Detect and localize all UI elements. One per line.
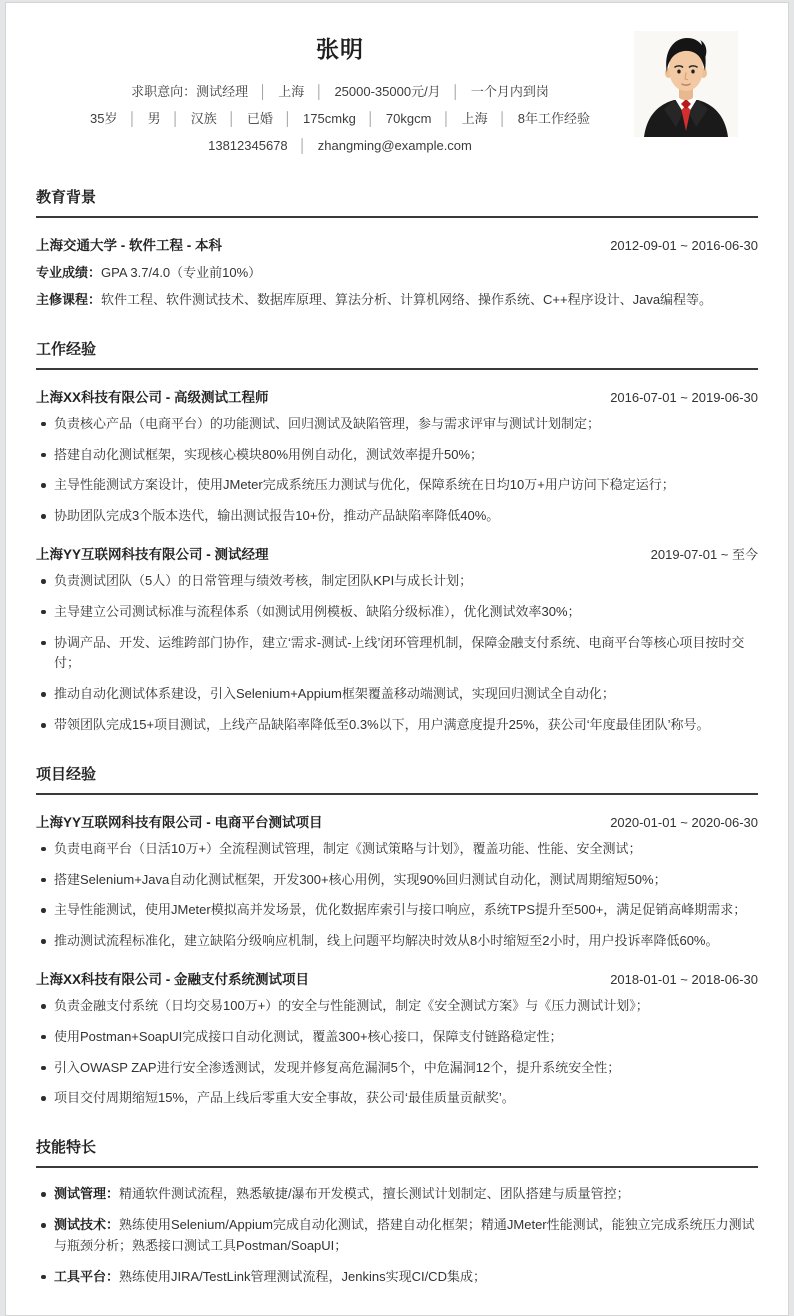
bullet-item: 项目交付周期缩短15%，产品上线后零重大安全事故，获公司‘最佳质量贡献奖’。 bbox=[36, 1088, 758, 1109]
bullet-item: 带领团队完成15+项目测试，上线产品缺陷率降低至0.3%以下，用户满意度提升25… bbox=[36, 715, 758, 736]
skill-text: 熟练使用JIRA/TestLink管理测试流程，Jenkins实现CI/CD集成… bbox=[119, 1269, 486, 1284]
entry-head: 上海XX科技有限公司 - 高级测试工程师 2016-07-01 ~ 2019-0… bbox=[36, 386, 758, 406]
resume-page: 张明 求职意向：测试经理上海25000-35000元/月一个月内到岗 35岁男汉… bbox=[5, 2, 789, 1316]
company-position: 上海XX科技有限公司 - 高级测试工程师 bbox=[36, 386, 269, 406]
gpa-label: 专业成绩： bbox=[36, 265, 101, 280]
work-entry: 上海YY互联网科技有限公司 - 测试经理 2019-07-01 ~ 至今 负责测… bbox=[36, 543, 758, 736]
years-experience: 8年工作经验 bbox=[518, 105, 590, 132]
section-education: 教育背景 上海交通大学 - 软件工程 - 本科 2012-09-01 ~ 201… bbox=[36, 186, 758, 311]
education-date-range: 2012-09-01 ~ 2016-06-30 bbox=[610, 238, 758, 253]
bullet-item: 搭建Selenium+Java自动化测试框架，开发300+核心用例，实现90%回… bbox=[36, 870, 758, 891]
work-entry: 上海XX科技有限公司 - 高级测试工程师 2016-07-01 ~ 2019-0… bbox=[36, 386, 758, 527]
availability: 一个月内到岗 bbox=[471, 78, 549, 105]
work-bullets: 负责测试团队（5人）的日常管理与绩效考核，制定团队KPI与成长计划； 主导建立公… bbox=[36, 571, 758, 736]
ethnicity: 汉族 bbox=[191, 105, 247, 132]
courses-value: 软件工程、软件测试技术、数据库原理、算法分析、计算机网络、操作系统、C++程序设… bbox=[101, 292, 712, 307]
section-work-experience: 工作经验 上海XX科技有限公司 - 高级测试工程师 2016-07-01 ~ 2… bbox=[36, 338, 758, 736]
courses-label: 主修课程： bbox=[36, 292, 101, 307]
entry-head: 上海YY互联网科技有限公司 - 电商平台测试项目 2020-01-01 ~ 20… bbox=[36, 811, 758, 831]
bullet-item: 主导性能测试，使用JMeter模拟高并发场景，优化数据库索引与接口响应，系统TP… bbox=[36, 900, 758, 921]
work-bullets: 负责核心产品（电商平台）的功能测试、回归测试及缺陷管理，参与需求评审与测试计划制… bbox=[36, 414, 758, 527]
bullet-item: 引入OWASP ZAP进行安全渗透测试，发现并修复高危漏洞5个，中危漏洞12个，… bbox=[36, 1058, 758, 1079]
entry-head: 上海交通大学 - 软件工程 - 本科 2012-09-01 ~ 2016-06-… bbox=[36, 234, 758, 254]
resume-header: 张明 求职意向：测试经理上海25000-35000元/月一个月内到岗 35岁男汉… bbox=[36, 31, 758, 159]
profile-photo bbox=[634, 31, 738, 137]
work-date-range: 2016-07-01 ~ 2019-06-30 bbox=[610, 390, 758, 405]
contact-line: 13812345678zhangming@example.com bbox=[36, 132, 644, 159]
bullet-item: 负责测试团队（5人）的日常管理与绩效考核，制定团队KPI与成长计划； bbox=[36, 571, 758, 592]
age: 35岁 bbox=[90, 105, 148, 132]
skill-text: 精通软件测试流程，熟悉敏捷/瀑布开发模式，擅长测试计划制定、团队搭建与质量管控； bbox=[119, 1186, 630, 1201]
entry-head: 上海XX科技有限公司 - 金融支付系统测试项目 2018-01-01 ~ 201… bbox=[36, 968, 758, 988]
bullet-item: 主导性能测试方案设计，使用JMeter完成系统压力测试与优化，保障系统在日均10… bbox=[36, 475, 758, 496]
gpa-line: 专业成绩：GPA 3.7/4.0（专业前10%） bbox=[36, 262, 758, 283]
project-entry: 上海YY互联网科技有限公司 - 电商平台测试项目 2020-01-01 ~ 20… bbox=[36, 811, 758, 952]
male-portrait-avatar-graphic bbox=[634, 31, 738, 137]
skill-item: 测试管理：精通软件测试流程，熟悉敏捷/瀑布开发模式，擅长测试计划制定、团队搭建与… bbox=[36, 1184, 758, 1205]
bullet-item: 推动测试流程标准化，建立缺陷分级响应机制，线上问题平均解决时效从8小时缩短至2小… bbox=[36, 931, 758, 952]
bullet-item: 负责电商平台（日活10万+）全流程测试管理，制定《测试策略与计划》，覆盖功能、性… bbox=[36, 839, 758, 860]
project-name: 上海XX科技有限公司 - 金融支付系统测试项目 bbox=[36, 968, 309, 988]
height: 175cmkg bbox=[303, 105, 386, 132]
skill-label: 测试管理： bbox=[54, 1186, 119, 1201]
candidate-name: 张明 bbox=[36, 31, 644, 64]
bullet-item: 搭建自动化测试框架，实现核心模块80%用例自动化，测试效率提升50%； bbox=[36, 445, 758, 466]
courses-line: 主修课程：软件工程、软件测试技术、数据库原理、算法分析、计算机网络、操作系统、C… bbox=[36, 289, 758, 310]
gender: 男 bbox=[148, 105, 191, 132]
gpa-value: GPA 3.7/4.0（专业前10%） bbox=[101, 265, 261, 280]
personal-info-line: 35岁男汉族已婚175cmkg70kgcm上海8年工作经验 bbox=[36, 105, 644, 132]
bullet-item: 主导建立公司测试标准与流程体系（如测试用例模板、缺陷分级标准），优化测试效率30… bbox=[36, 602, 758, 623]
skill-label: 测试技术： bbox=[54, 1217, 119, 1232]
company-position: 上海YY互联网科技有限公司 - 测试经理 bbox=[36, 543, 269, 563]
project-bullets: 负责金融支付系统（日均交易100万+）的安全与性能测试，制定《安全测试方案》与《… bbox=[36, 996, 758, 1109]
phone-number: 13812345678 bbox=[208, 132, 318, 159]
skill-item: 工具平台：熟练使用JIRA/TestLink管理测试流程，Jenkins实现CI… bbox=[36, 1267, 758, 1288]
section-projects: 项目经验 上海YY互联网科技有限公司 - 电商平台测试项目 2020-01-01… bbox=[36, 763, 758, 1109]
section-title-projects: 项目经验 bbox=[36, 763, 758, 795]
skills-bullets: 测试管理：精通软件测试流程，熟悉敏捷/瀑布开发模式，擅长测试计划制定、团队搭建与… bbox=[36, 1184, 758, 1287]
section-title-education: 教育背景 bbox=[36, 186, 758, 218]
bullet-item: 推动自动化测试体系建设，引入Selenium+Appium框架覆盖移动端测试，实… bbox=[36, 684, 758, 705]
skill-item: 测试技术：熟练使用Selenium/Appium完成自动化测试，搭建自动化框架；… bbox=[36, 1215, 758, 1257]
project-bullets: 负责电商平台（日活10万+）全流程测试管理，制定《测试策略与计划》，覆盖功能、性… bbox=[36, 839, 758, 952]
section-title-work: 工作经验 bbox=[36, 338, 758, 370]
bullet-item: 使用Postman+SoapUI完成接口自动化测试，覆盖300+核心接口，保障支… bbox=[36, 1027, 758, 1048]
bullet-item: 负责核心产品（电商平台）的功能测试、回归测试及缺陷管理，参与需求评审与测试计划制… bbox=[36, 414, 758, 435]
bullet-item: 负责金融支付系统（日均交易100万+）的安全与性能测试，制定《安全测试方案》与《… bbox=[36, 996, 758, 1017]
email-address: zhangming@example.com bbox=[318, 132, 472, 159]
location: 上海 bbox=[462, 105, 518, 132]
section-title-skills: 技能特长 bbox=[36, 1136, 758, 1168]
project-date-range: 2018-01-01 ~ 2018-06-30 bbox=[610, 972, 758, 987]
bullet-item: 协调产品、开发、运维跨部门协作，建立‘需求-测试-上线’闭环管理机制，保障金融支… bbox=[36, 633, 758, 675]
skill-text: 熟练使用Selenium/Appium完成自动化测试，搭建自动化框架；精通JMe… bbox=[54, 1217, 755, 1253]
marital-status: 已婚 bbox=[247, 105, 303, 132]
job-city: 上海 bbox=[278, 78, 334, 105]
education-entry: 上海交通大学 - 软件工程 - 本科 2012-09-01 ~ 2016-06-… bbox=[36, 234, 758, 311]
header-text-block: 张明 求职意向：测试经理上海25000-35000元/月一个月内到岗 35岁男汉… bbox=[36, 31, 644, 159]
work-date-range: 2019-07-01 ~ 至今 bbox=[651, 544, 758, 563]
skill-label: 工具平台： bbox=[54, 1269, 119, 1284]
project-name: 上海YY互联网科技有限公司 - 电商平台测试项目 bbox=[36, 811, 323, 831]
entry-head: 上海YY互联网科技有限公司 - 测试经理 2019-07-01 ~ 至今 bbox=[36, 543, 758, 563]
job-intention-line: 求职意向：测试经理上海25000-35000元/月一个月内到岗 bbox=[36, 78, 644, 105]
weight: 70kgcm bbox=[386, 105, 462, 132]
school-degree: 上海交通大学 - 软件工程 - 本科 bbox=[36, 234, 222, 254]
bullet-item: 协助团队完成3个版本迭代，输出测试报告10+份，推动产品缺陷率降低40%。 bbox=[36, 506, 758, 527]
project-date-range: 2020-01-01 ~ 2020-06-30 bbox=[610, 815, 758, 830]
project-entry: 上海XX科技有限公司 - 金融支付系统测试项目 2018-01-01 ~ 201… bbox=[36, 968, 758, 1109]
skills-entry: 测试管理：精通软件测试流程，熟悉敏捷/瀑布开发模式，擅长测试计划制定、团队搭建与… bbox=[36, 1184, 758, 1287]
section-skills: 技能特长 测试管理：精通软件测试流程，熟悉敏捷/瀑布开发模式，擅长测试计划制定、… bbox=[36, 1136, 758, 1287]
job-intention: 求职意向：测试经理 bbox=[131, 78, 278, 105]
expected-salary: 25000-35000元/月 bbox=[334, 78, 470, 105]
